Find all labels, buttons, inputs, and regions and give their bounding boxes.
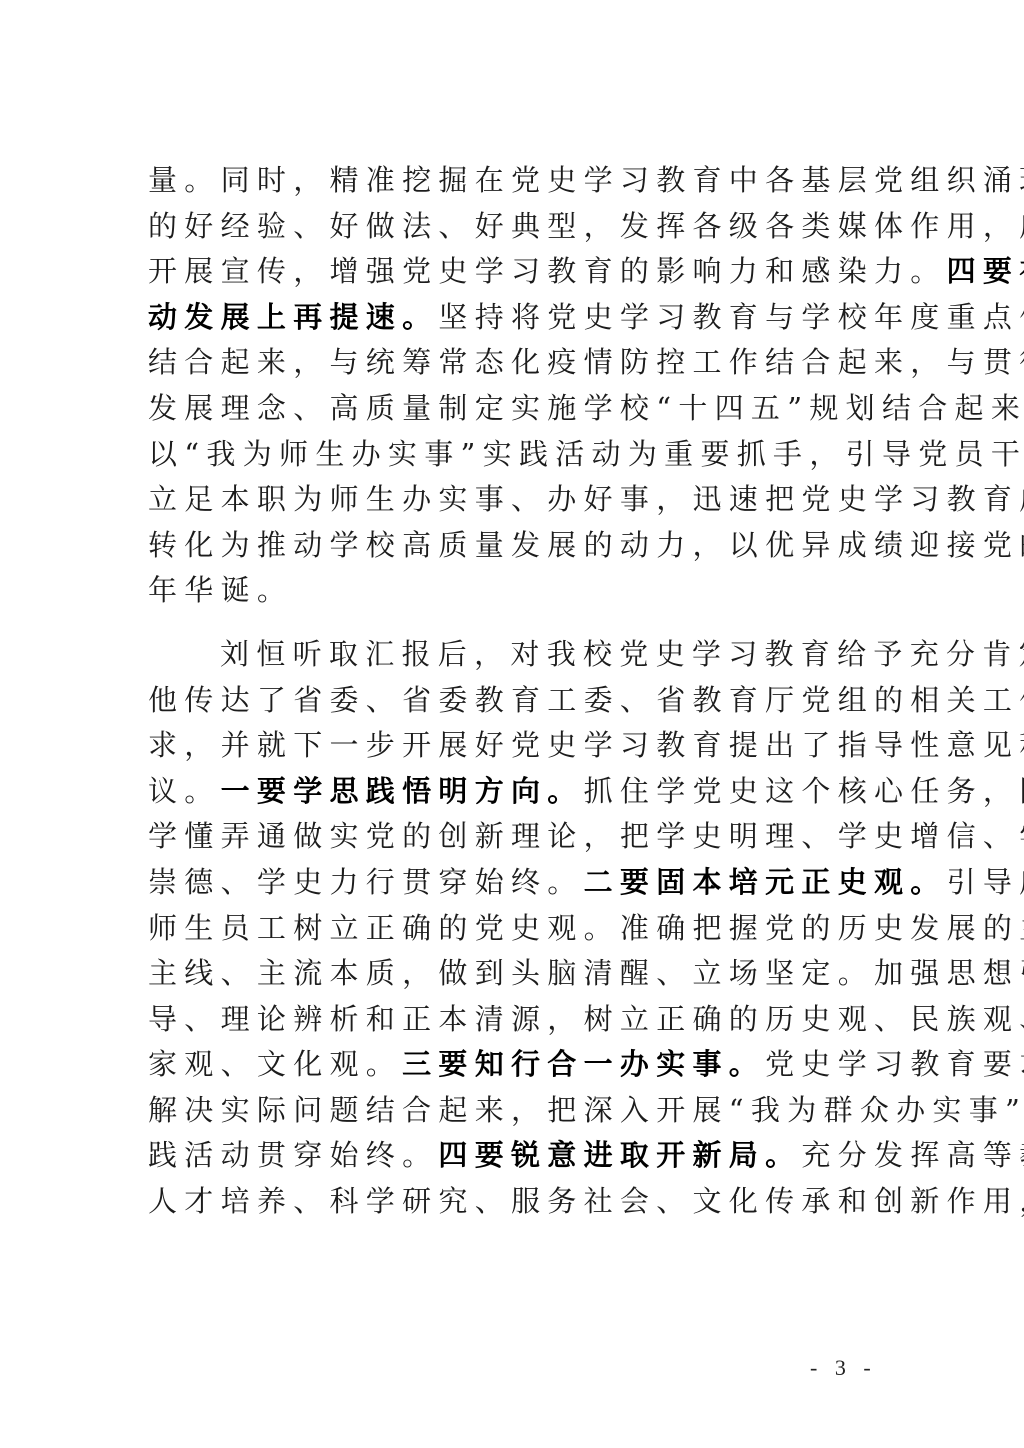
paragraph: 刘恒听取汇报后，对我校党史学习教育给予充分肯定。他传达了省委、省委教育工委、省教…	[148, 632, 878, 1225]
text-line: 他传达了省委、省委教育工委、省教育厅党组的相关工作要	[148, 678, 878, 724]
text-run: 他传达了省委、省委教育工委、省教育厅党组的相关工作要	[148, 683, 1024, 717]
paragraph-gap	[148, 614, 878, 632]
bold-heading-run: 四要在推	[947, 254, 1024, 288]
text-line: 年华诞。	[148, 568, 878, 614]
text-line: 的好经验、好做法、好典型，发挥各级各类媒体作用，广泛	[148, 204, 878, 250]
text-line: 立足本职为师生办实事、办好事，迅速把党史学习教育成果	[148, 477, 878, 523]
text-line: 刘恒听取汇报后，对我校党史学习教育给予充分肯定。	[148, 632, 878, 678]
text-run: 家观、文化观。	[148, 1047, 402, 1081]
text-run: 解决实际问题结合起来，把深入开展“我为群众办实事”实	[148, 1093, 1024, 1127]
text-run: 议。	[148, 774, 221, 808]
paragraph: 量。同时，精准挖掘在党史学习教育中各基层党组织涌现出的好经验、好做法、好典型，发…	[148, 158, 878, 614]
text-run: 充分发挥高等教育	[801, 1138, 1024, 1172]
text-run: 立足本职为师生办实事、办好事，迅速把党史学习教育成果	[148, 482, 1024, 516]
text-run: 抓住学党史这个核心任务，围绕	[584, 774, 1024, 808]
text-line: 转化为推动学校高质量发展的动力，以优异成绩迎接党的百	[148, 523, 878, 569]
body-text: 量。同时，精准挖掘在党史学习教育中各基层党组织涌现出的好经验、好做法、好典型，发…	[148, 158, 878, 1225]
text-line: 量。同时，精准挖掘在党史学习教育中各基层党组织涌现出	[148, 158, 878, 204]
text-line: 发展理念、高质量制定实施学校“十四五”规划结合起来，	[148, 386, 878, 432]
text-run: 主线、主流本质，做到头脑清醒、立场坚定。加强思想引	[148, 956, 1024, 990]
text-line: 动发展上再提速。坚持将党史学习教育与学校年度重点任务	[148, 295, 878, 341]
text-line: 主线、主流本质，做到头脑清醒、立场坚定。加强思想引	[148, 951, 878, 997]
text-run: 求，并就下一步开展好党史学习教育提出了指导性意见和建	[148, 728, 1024, 762]
bold-heading-run: 一要学思践悟明方向。	[221, 774, 584, 808]
text-run: 开展宣传，增强党史学习教育的影响力和感染力。	[148, 254, 947, 288]
text-run: 践活动贯穿始终。	[148, 1138, 438, 1172]
text-run: 结合起来，与统筹常态化疫情防控工作结合起来，与贯彻新	[148, 345, 1024, 379]
text-run: 人才培养、科学研究、服务社会、文化传承和创新作用，持	[148, 1184, 1024, 1218]
text-line: 求，并就下一步开展好党史学习教育提出了指导性意见和建	[148, 723, 878, 769]
text-run: 的好经验、好做法、好典型，发挥各级各类媒体作用，广泛	[148, 209, 1024, 243]
text-run: 年华诞。	[148, 573, 293, 607]
text-line: 人才培养、科学研究、服务社会、文化传承和创新作用，持	[148, 1179, 878, 1225]
text-line: 结合起来，与统筹常态化疫情防控工作结合起来，与贯彻新	[148, 340, 878, 386]
text-run: 转化为推动学校高质量发展的动力，以优异成绩迎接党的百	[148, 528, 1024, 562]
text-run: 学懂弄通做实党的创新理论，把学史明理、学史增信、学史	[148, 819, 1024, 853]
page-number: - 3 -	[810, 1355, 877, 1381]
text-line: 解决实际问题结合起来，把深入开展“我为群众办实事”实	[148, 1088, 878, 1134]
bold-heading-run: 三要知行合一办实事。	[402, 1047, 765, 1081]
text-line: 学懂弄通做实党的创新理论，把学史明理、学史增信、学史	[148, 814, 878, 860]
document-page: 量。同时，精准挖掘在党史学习教育中各基层党组织涌现出的好经验、好做法、好典型，发…	[0, 0, 1024, 1448]
text-run: 刘恒听取汇报后，对我校党史学习教育给予充分肯定。	[220, 637, 1024, 671]
text-line: 开展宣传，增强党史学习教育的影响力和感染力。四要在推	[148, 249, 878, 295]
text-run: 以“我为师生办实事”实践活动为重要抓手，引导党员干部	[148, 437, 1024, 471]
text-run: 崇德、学史力行贯穿始终。	[148, 865, 584, 899]
text-run: 引导广大	[947, 865, 1024, 899]
text-run: 党史学习教育要求同	[765, 1047, 1024, 1081]
text-run: 发展理念、高质量制定实施学校“十四五”规划结合起来，	[148, 391, 1024, 425]
text-line: 以“我为师生办实事”实践活动为重要抓手，引导党员干部	[148, 432, 878, 478]
text-line: 崇德、学史力行贯穿始终。二要固本培元正史观。引导广大	[148, 860, 878, 906]
text-run: 导、理论辨析和正本清源，树立正确的历史观、民族观、国	[148, 1002, 1024, 1036]
bold-heading-run: 二要固本培元正史观。	[584, 865, 947, 899]
text-line: 师生员工树立正确的党史观。准确把握党的历史发展的主题	[148, 906, 878, 952]
text-run: 量。同时，精准挖掘在党史学习教育中各基层党组织涌现出	[148, 163, 1024, 197]
bold-heading-run: 动发展上再提速。	[148, 300, 438, 334]
text-line: 议。一要学思践悟明方向。抓住学党史这个核心任务，围绕	[148, 769, 878, 815]
text-line: 践活动贯穿始终。四要锐意进取开新局。充分发挥高等教育	[148, 1133, 878, 1179]
text-run: 坚持将党史学习教育与学校年度重点任务	[438, 300, 1024, 334]
text-line: 家观、文化观。三要知行合一办实事。党史学习教育要求同	[148, 1042, 878, 1088]
bold-heading-run: 四要锐意进取开新局。	[438, 1138, 801, 1172]
text-line: 导、理论辨析和正本清源，树立正确的历史观、民族观、国	[148, 997, 878, 1043]
text-run: 师生员工树立正确的党史观。准确把握党的历史发展的主题	[148, 911, 1024, 945]
